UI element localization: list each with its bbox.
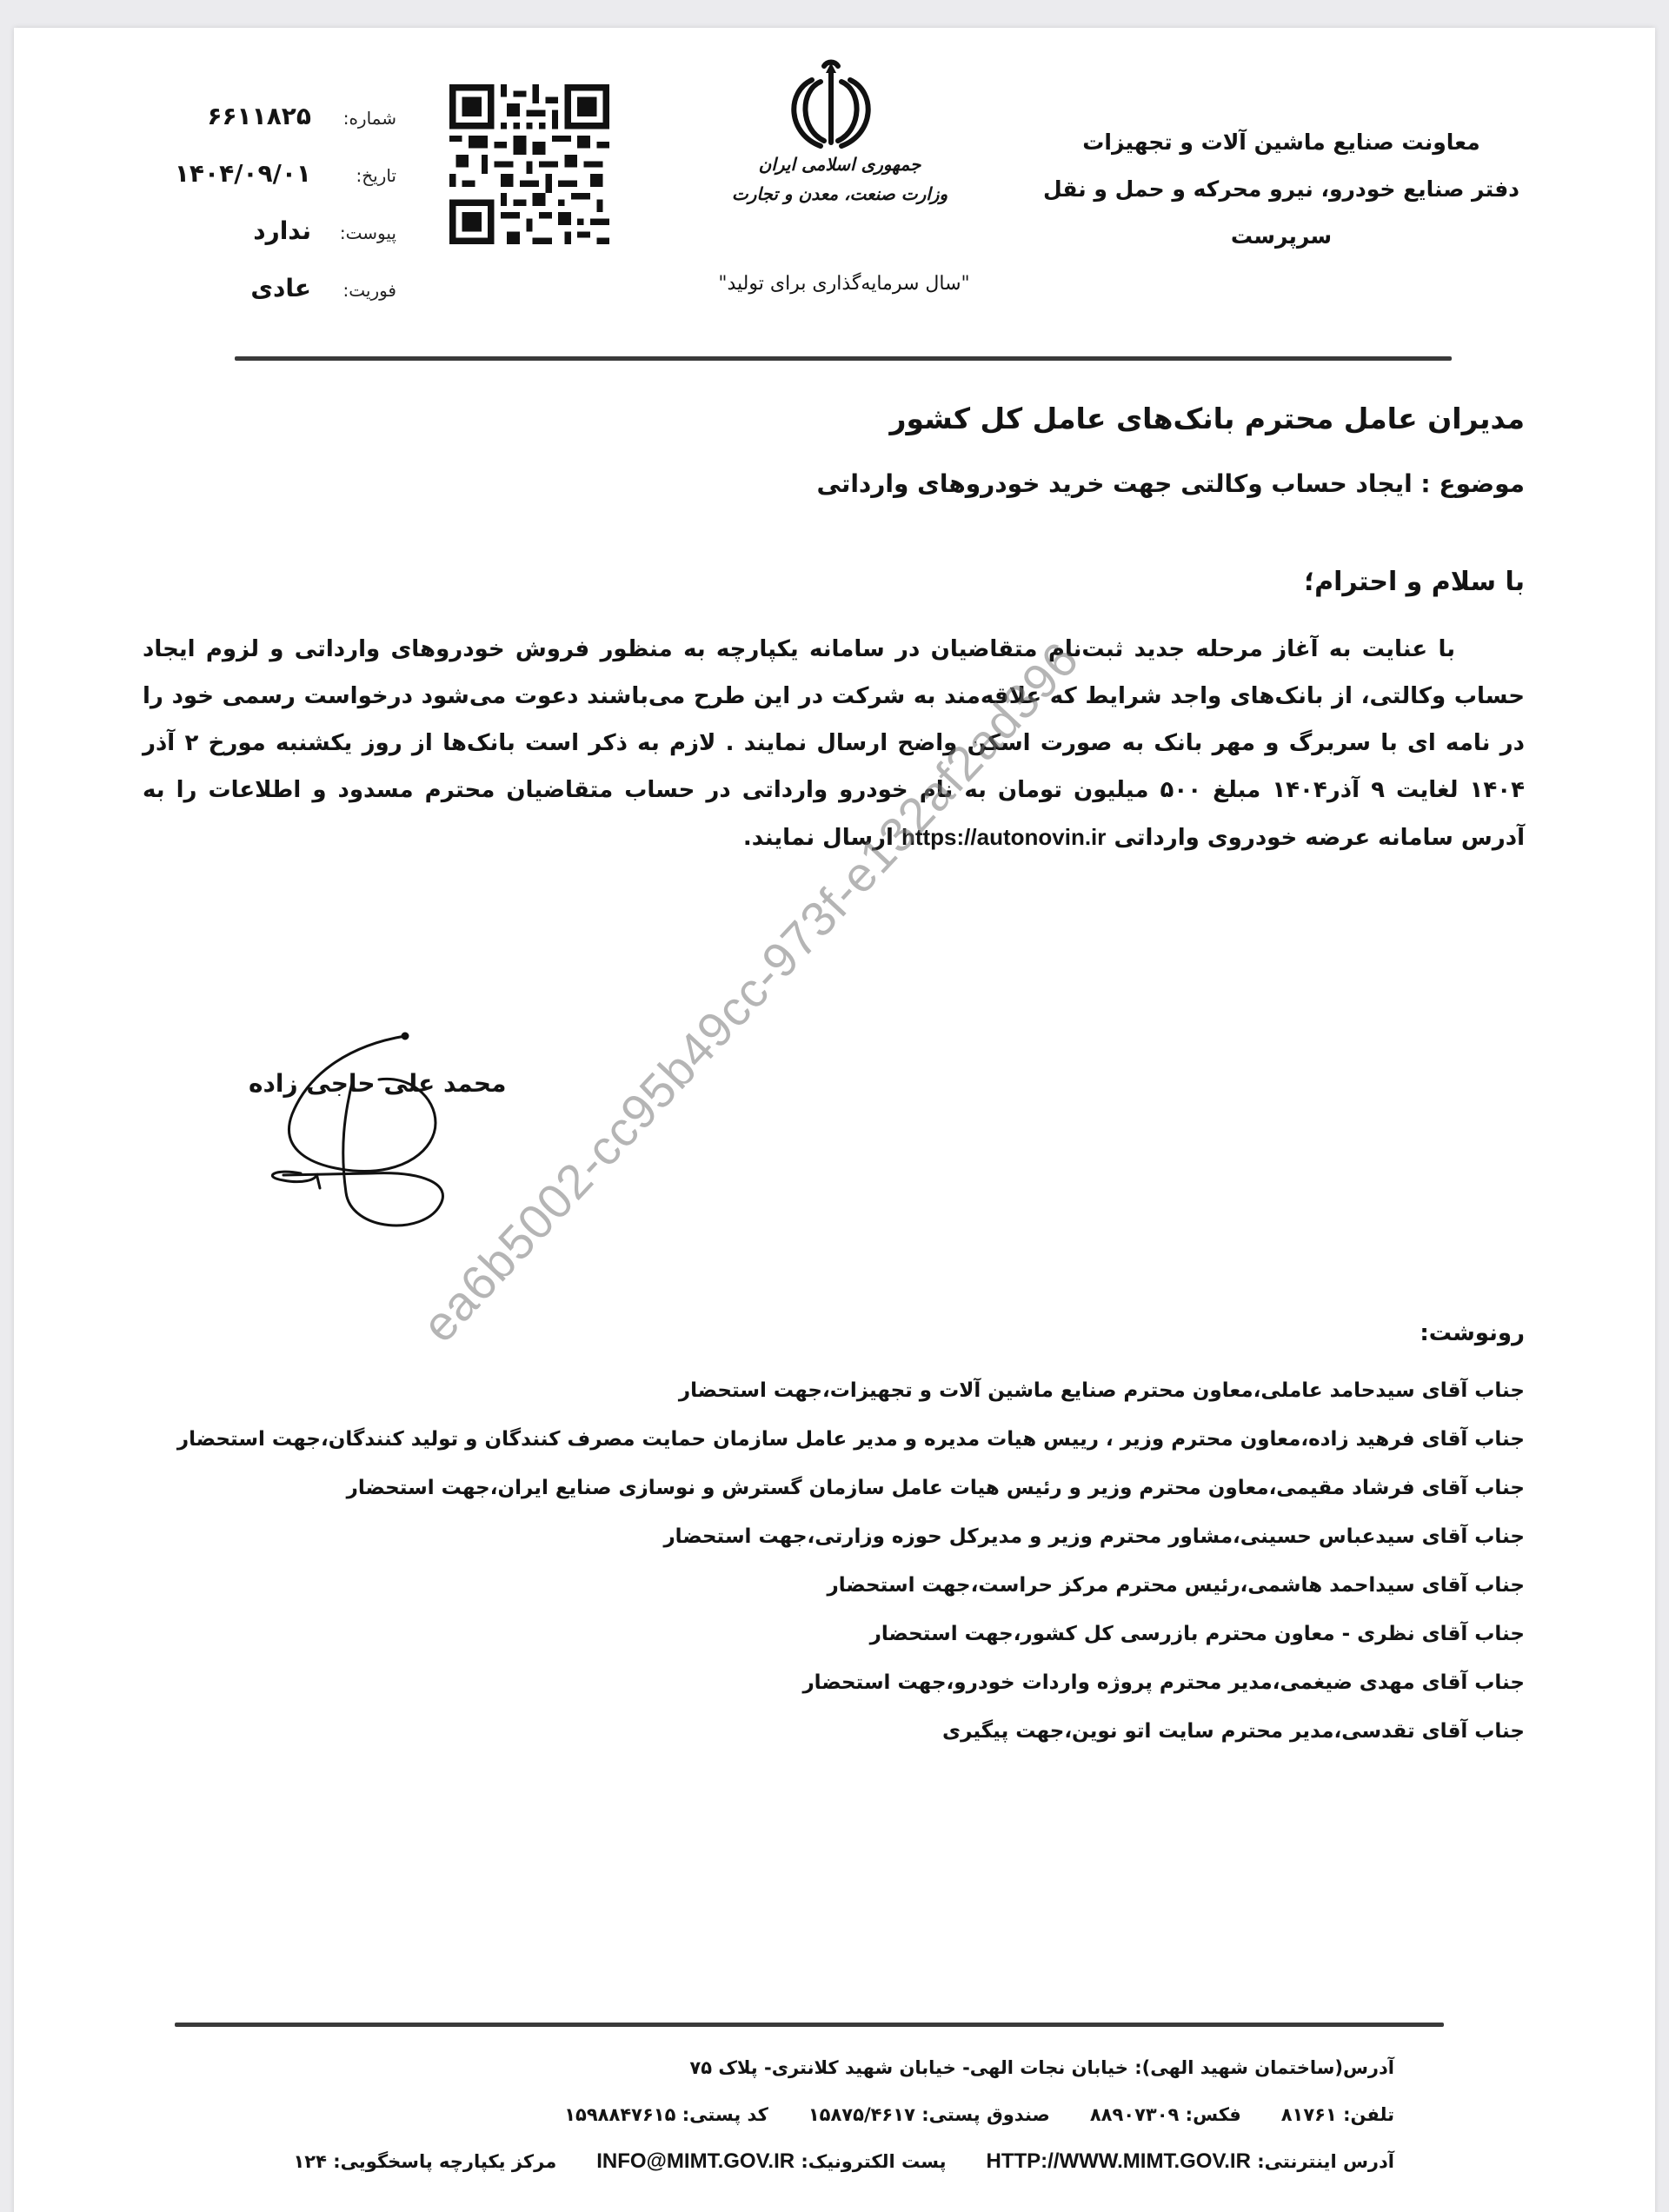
footer-postal-code: کد پستی: ۱۵۹۸۸۴۷۶۱۵	[564, 2091, 768, 2138]
footer-po-box: صندوق پستی: ۱۵۸۷۵/۴۶۱۷	[808, 2091, 1050, 2138]
cc-item: جناب آقای سیدحامد عاملی،معاون محترم صنای…	[82, 1366, 1525, 1415]
priority-label: فوریت:	[325, 280, 396, 301]
letter-meta: شماره: ۶۶۱۱۸۲۵ تاریخ: ۱۴۰۴/۰۹/۰۱ پیوست: …	[118, 102, 396, 331]
footer-phone: تلفن: ۸۱۷۶۱	[1281, 2091, 1394, 2138]
footer-email-group: پست الکترونیک: INFO@MIMT.GOV.IR	[596, 2138, 946, 2185]
footer-divider	[175, 2023, 1444, 2027]
cc-item: جناب آقای سیداحمد هاشمی،رئیس محترم مرکز …	[82, 1561, 1525, 1610]
footer-website-label: آدرس اینترنتی:	[1257, 2151, 1394, 2172]
department-line-2: دفتر صنایع خودرو، نیرو محرکه و حمل و نقل	[1038, 166, 1525, 213]
attachment-row: پیوست: ندارد	[118, 216, 396, 274]
footer-hotline: مرکز یکپارچه پاسخگویی: ۱۲۴	[293, 2138, 556, 2185]
footer-website-link[interactable]: HTTP://WWW.MIMT.GOV.IR	[987, 2149, 1251, 2173]
header-divider	[235, 356, 1452, 361]
attachment-value: ندارد	[253, 216, 311, 245]
letter-number-value: ۶۶۱۱۸۲۵	[207, 102, 311, 130]
letter-date-row: تاریخ: ۱۴۰۴/۰۹/۰۱	[118, 159, 396, 216]
iran-emblem-icon	[779, 56, 883, 151]
footer-web-row: آدرس اینترنتی: HTTP://WWW.MIMT.GOV.IR پس…	[90, 2138, 1394, 2185]
cc-item: جناب آقای تقدسی،مدیر محترم سایت اتو نوین…	[82, 1707, 1525, 1756]
ministry-name: جمهوری اسلامی ایران وزارت صنعت، معدن و ت…	[709, 149, 970, 209]
cc-item: جناب آقای نظری - معاون محترم بازرسی کل ک…	[82, 1610, 1525, 1658]
recipient: مدیران عامل محترم بانک‌های عامل کل کشور	[890, 402, 1525, 435]
cc-title: رونوشت:	[1420, 1320, 1525, 1346]
letter-body: با عنایت به آغاز مرحله جدید ثبت‌نام متقا…	[143, 626, 1525, 861]
department-line-3: سرپرست	[1038, 213, 1525, 260]
footer-email-link[interactable]: INFO@MIMT.GOV.IR	[596, 2149, 795, 2173]
footer-website-group: آدرس اینترنتی: HTTP://WWW.MIMT.GOV.IR	[987, 2138, 1394, 2185]
ministry-line-1: جمهوری اسلامی ایران	[709, 149, 970, 179]
subject: موضوع : ایجاد حساب وکالتی جهت خرید خودرو…	[816, 469, 1525, 498]
footer-email-label: پست الکترونیک:	[801, 2151, 946, 2172]
qr-code	[449, 84, 610, 244]
body-text-part-2: ارسال نمایند.	[743, 825, 901, 851]
body-text-part-1: با عنایت به آغاز مرحله جدید ثبت‌نام متقا…	[143, 636, 1525, 851]
cc-list: جناب آقای سیدحامد عاملی،معاون محترم صنای…	[82, 1366, 1525, 1756]
cc-item: جناب آقای فرشاد مقیمی،معاون محترم وزیر و…	[82, 1464, 1525, 1512]
letter-number-row: شماره: ۶۶۱۱۸۲۵	[118, 102, 396, 159]
signature-scribble-icon	[249, 1019, 535, 1245]
priority-row: فوریت: عادی	[118, 274, 396, 331]
autonovin-link[interactable]: https://autonovin.ir	[901, 824, 1106, 850]
footer-fax: فکس: ۸۸۹۰۷۳۰۹	[1090, 2091, 1241, 2138]
letter-page: معاونت صنایع ماشین آلات و تجهیزات دفتر ص…	[14, 28, 1655, 2212]
letter-number-label: شماره:	[325, 108, 396, 129]
footer-phone-row: تلفن: ۸۱۷۶۱ فکس: ۸۸۹۰۷۳۰۹ صندوق پستی: ۱۵…	[90, 2091, 1394, 2138]
cc-item: جناب آقای فرهید زاده،معاون محترم وزیر ، …	[82, 1415, 1525, 1464]
footer-address: آدرس(ساختمان شهید الهی): خیابان نجات اله…	[689, 2044, 1394, 2091]
greeting: با سلام و احترام؛	[1304, 567, 1525, 597]
ministry-line-2: وزارت صنعت، معدن و تجارت	[709, 179, 970, 209]
signatory-name: محمد علی حاجی زاده	[249, 1069, 506, 1098]
letter-date-label: تاریخ:	[325, 165, 396, 186]
department-header: معاونت صنایع ماشین آلات و تجهیزات دفتر ص…	[1038, 119, 1525, 260]
cc-item: جناب آقای سیدعباس حسینی،مشاور محترم وزیر…	[82, 1512, 1525, 1561]
year-slogan: "سال سرمایه‌گذاری برای تولید"	[640, 273, 1048, 295]
letter-date-value: ۱۴۰۴/۰۹/۰۱	[175, 159, 311, 188]
priority-value: عادی	[250, 274, 311, 302]
footer-contact: آدرس(ساختمان شهید الهی): خیابان نجات اله…	[90, 2044, 1394, 2185]
cc-item: جناب آقای مهدی ضیغمی،مدیر محترم پروژه وا…	[82, 1658, 1525, 1707]
attachment-label: پیوست:	[325, 223, 396, 243]
department-line-1: معاونت صنایع ماشین آلات و تجهیزات	[1038, 119, 1525, 166]
footer-address-row: آدرس(ساختمان شهید الهی): خیابان نجات اله…	[90, 2044, 1394, 2091]
